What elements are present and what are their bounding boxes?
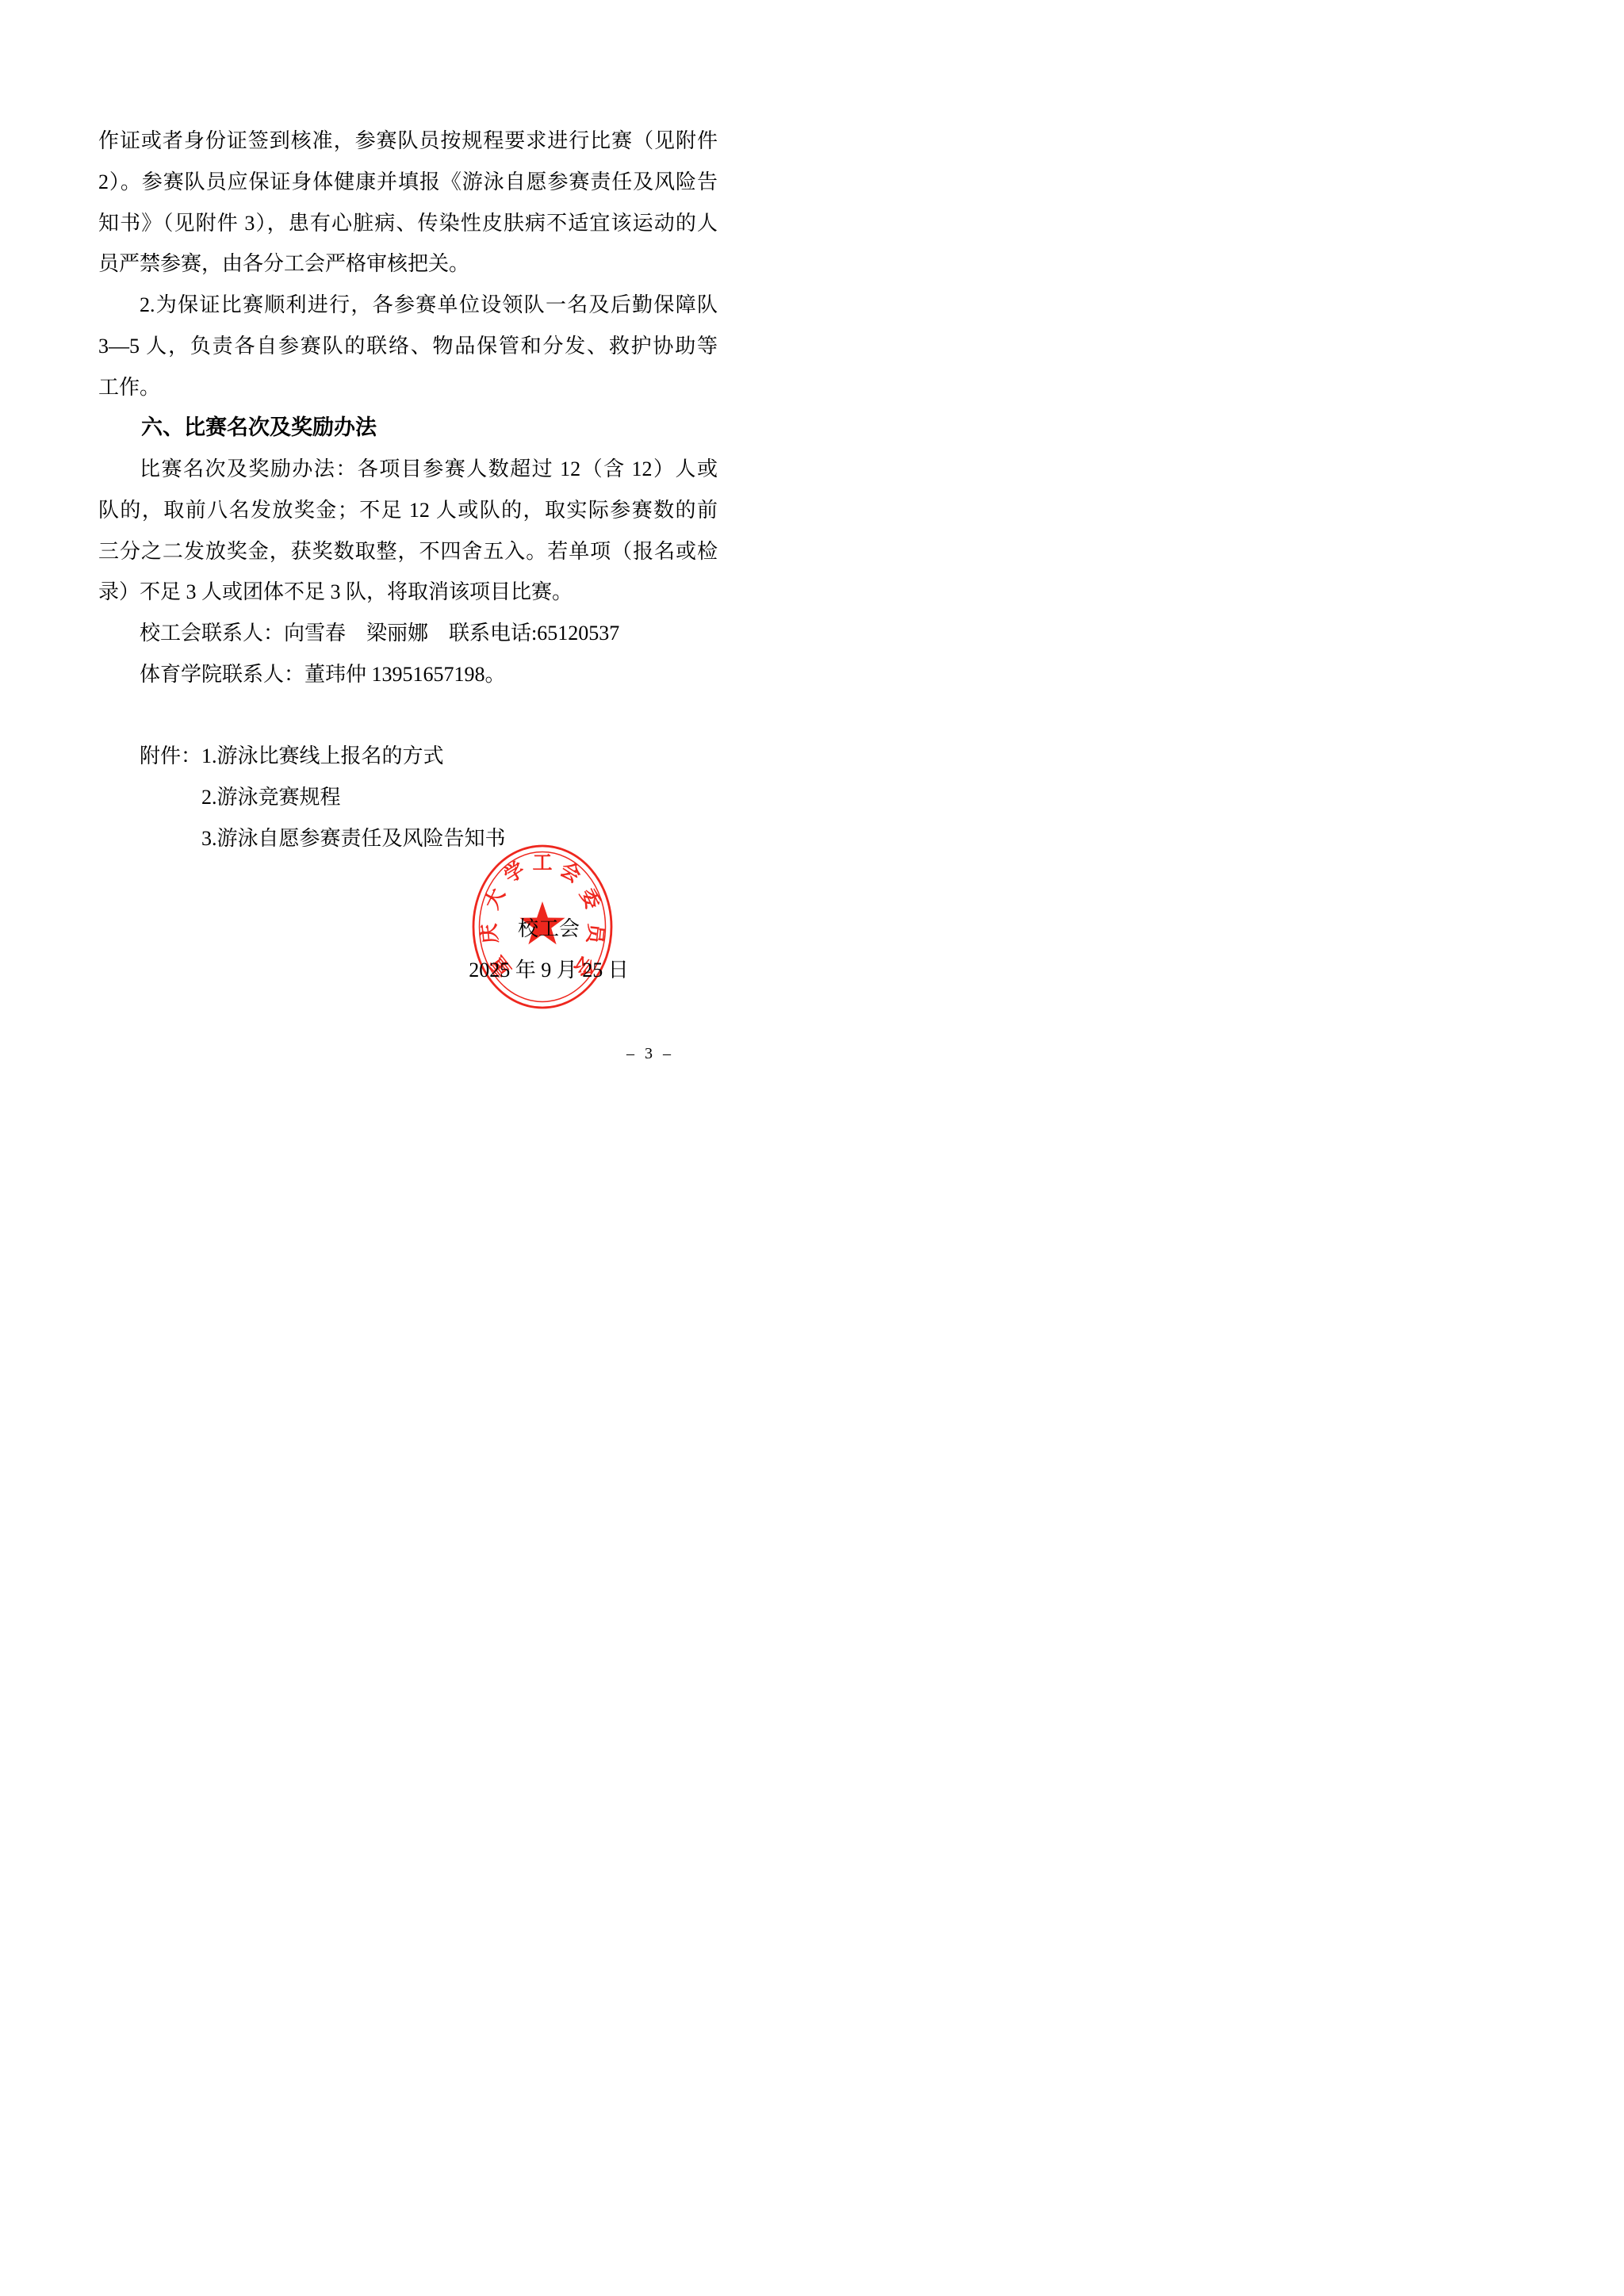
- document-page: 作证或者身份证签到核准，参赛队员按规程要求进行比赛（见附件2）。参赛队员应保证身…: [0, 0, 812, 1148]
- text-line: 2.游泳竞赛规程: [98, 777, 718, 818]
- svg-text:会: 会: [556, 857, 585, 887]
- text-line: 工作。: [98, 367, 718, 408]
- page-number: – 3 –: [626, 1045, 674, 1063]
- text-line: 比赛名次及奖励办法：各项目参赛人数超过 12（含 12）人或: [98, 449, 718, 490]
- text-line: 体育学院联系人：董玮仲 13951657198。: [98, 654, 718, 695]
- svg-text:学: 学: [500, 858, 529, 887]
- svg-text:工: 工: [532, 853, 552, 874]
- signature-date: 2025 年 9 月 25 日: [426, 950, 672, 991]
- text-line: 员严禁参赛，由各分工会严格审核把关。: [98, 243, 718, 285]
- text-line: 校工会联系人：向雪春 梁丽娜 联系电话:65120537: [98, 613, 718, 654]
- signature-block: 校工会 2025 年 9 月 25 日: [426, 909, 672, 991]
- text-line: 3—5 人，负责各自参赛队的联络、物品保管和分发、救护协助等: [98, 326, 718, 367]
- text-line: 2）。参赛队员应保证身体健康并填报《游泳自愿参赛责任及风险告: [98, 162, 718, 203]
- text-line: 附件：1.游泳比赛线上报名的方式: [98, 736, 718, 777]
- text-line: 3.游泳自愿参赛责任及风险告知书: [98, 818, 718, 859]
- text-line: 2.为保证比赛顺利进行，各参赛单位设领队一名及后勤保障队: [98, 285, 718, 326]
- text-line: 作证或者身份证签到核准，参赛队员按规程要求进行比赛（见附件: [98, 121, 718, 162]
- text-line: 三分之二发放奖金，获奖数取整，不四舍五入。若单项（报名或检: [98, 531, 718, 572]
- section-heading: 六、比赛名次及奖励办法: [98, 408, 718, 449]
- signature-name: 校工会: [426, 909, 672, 950]
- text-line: 知书》（见附件 3），患有心脏病、传染性皮肤病不适宜该运动的人: [98, 203, 718, 244]
- text-line: [98, 695, 718, 737]
- document-text-column: 作证或者身份证签到核准，参赛队员按规程要求进行比赛（见附件2）。参赛队员应保证身…: [98, 121, 718, 859]
- text-line: 队的，取前八名发放奖金；不足 12 人或队的，取实际参赛数的前: [98, 490, 718, 531]
- text-line: 录）不足 3 人或团体不足 3 队，将取消该项目比赛。: [98, 572, 718, 613]
